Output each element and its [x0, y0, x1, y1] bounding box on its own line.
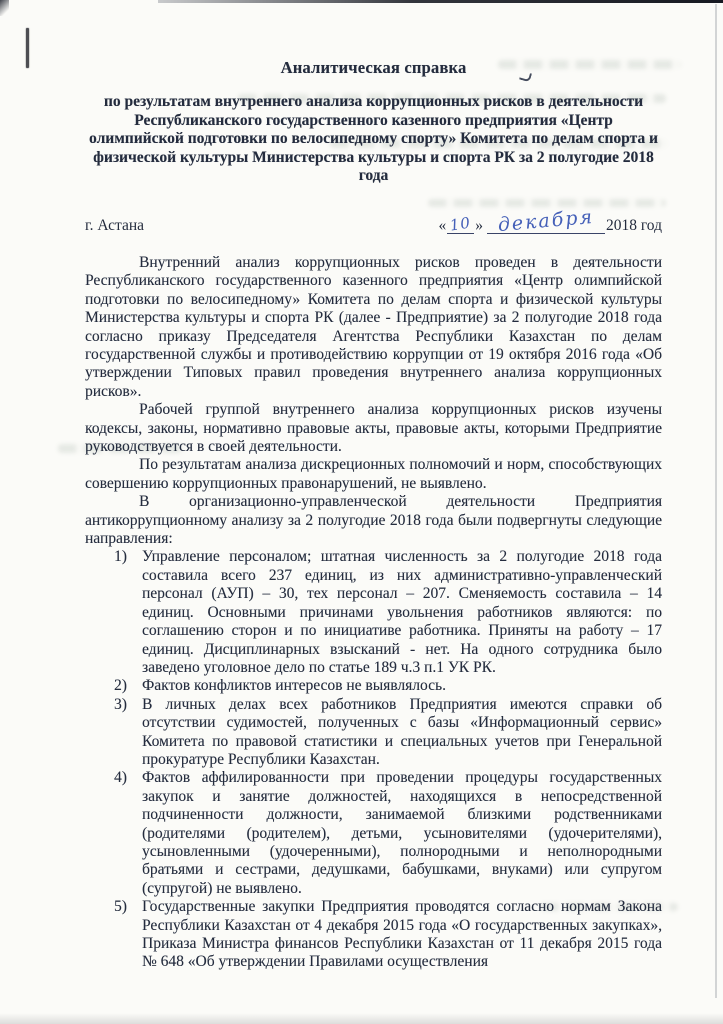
list-item: 5) Государственные закупки Предприятия п… [85, 898, 662, 972]
list-item-text: Фактов аффилированности при проведении п… [142, 769, 662, 896]
date-close-quote: » [475, 217, 483, 234]
list-item-text: Государственные закупки Предприятия пров… [142, 898, 662, 970]
handwritten-day: 10 [449, 215, 472, 232]
scan-right-edge-artifact [715, 4, 717, 998]
place-label: г. Астана [85, 216, 144, 235]
list-item-number: 5) [114, 898, 127, 916]
date-open-quote: « [438, 217, 446, 234]
date-month-slot: декабря [487, 217, 605, 234]
list-item-text: Фактов конфликтов интересов не выявлялос… [142, 677, 446, 694]
list-item-text: Управление персоналом; штатная численнос… [142, 548, 662, 675]
scan-corner-artifact [0, 0, 9, 16]
paragraph-2: Рабочей группой внутреннего анализа корр… [85, 401, 662, 456]
list-item-number: 4) [114, 769, 127, 787]
date-year: 2018 год [606, 217, 662, 234]
document-content: Аналитическая справка по результатам вну… [85, 58, 662, 972]
document-subtitle: по результатам внутреннего анализа корру… [85, 93, 662, 186]
list-item: 1) Управление персоналом; штатная числен… [85, 548, 662, 677]
list-item: 2) Фактов конфликтов интересов не выявля… [85, 677, 662, 695]
scanned-document-page: Аналитическая справка по результатам вну… [0, 0, 723, 1024]
staple-mark-artifact [26, 28, 29, 68]
paragraph-4: В организационно-управленческой деятельн… [85, 493, 662, 548]
scan-top-edge-artifact [158, 0, 723, 3]
list-item: 4) Фактов аффилированности при проведени… [85, 769, 662, 898]
document-title: Аналитическая справка [85, 58, 662, 77]
handwritten-month: декабря [497, 210, 594, 232]
document-body: Внутренний анализ коррупционных рисков п… [85, 254, 662, 972]
paragraph-3: По результатам анализа дискреционных пол… [85, 456, 662, 493]
numbered-list: 1) Управление персоналом; штатная числен… [85, 548, 662, 971]
list-item-number: 3) [114, 696, 127, 714]
date-day-slot: 10 [447, 218, 474, 234]
place-date-line: г. Астана «10»декабря2018 год [85, 216, 662, 235]
date-group: «10»декабря2018 год [438, 216, 662, 235]
list-item: 3) В личных делах всех работников Предпр… [85, 696, 662, 770]
list-item-number: 1) [114, 548, 127, 566]
list-item-text: В личных делах всех работников Предприят… [142, 696, 662, 768]
list-item-number: 2) [114, 677, 127, 695]
paragraph-1: Внутренний анализ коррупционных рисков п… [85, 254, 662, 401]
scan-bottom-shade-artifact [0, 1013, 723, 1024]
